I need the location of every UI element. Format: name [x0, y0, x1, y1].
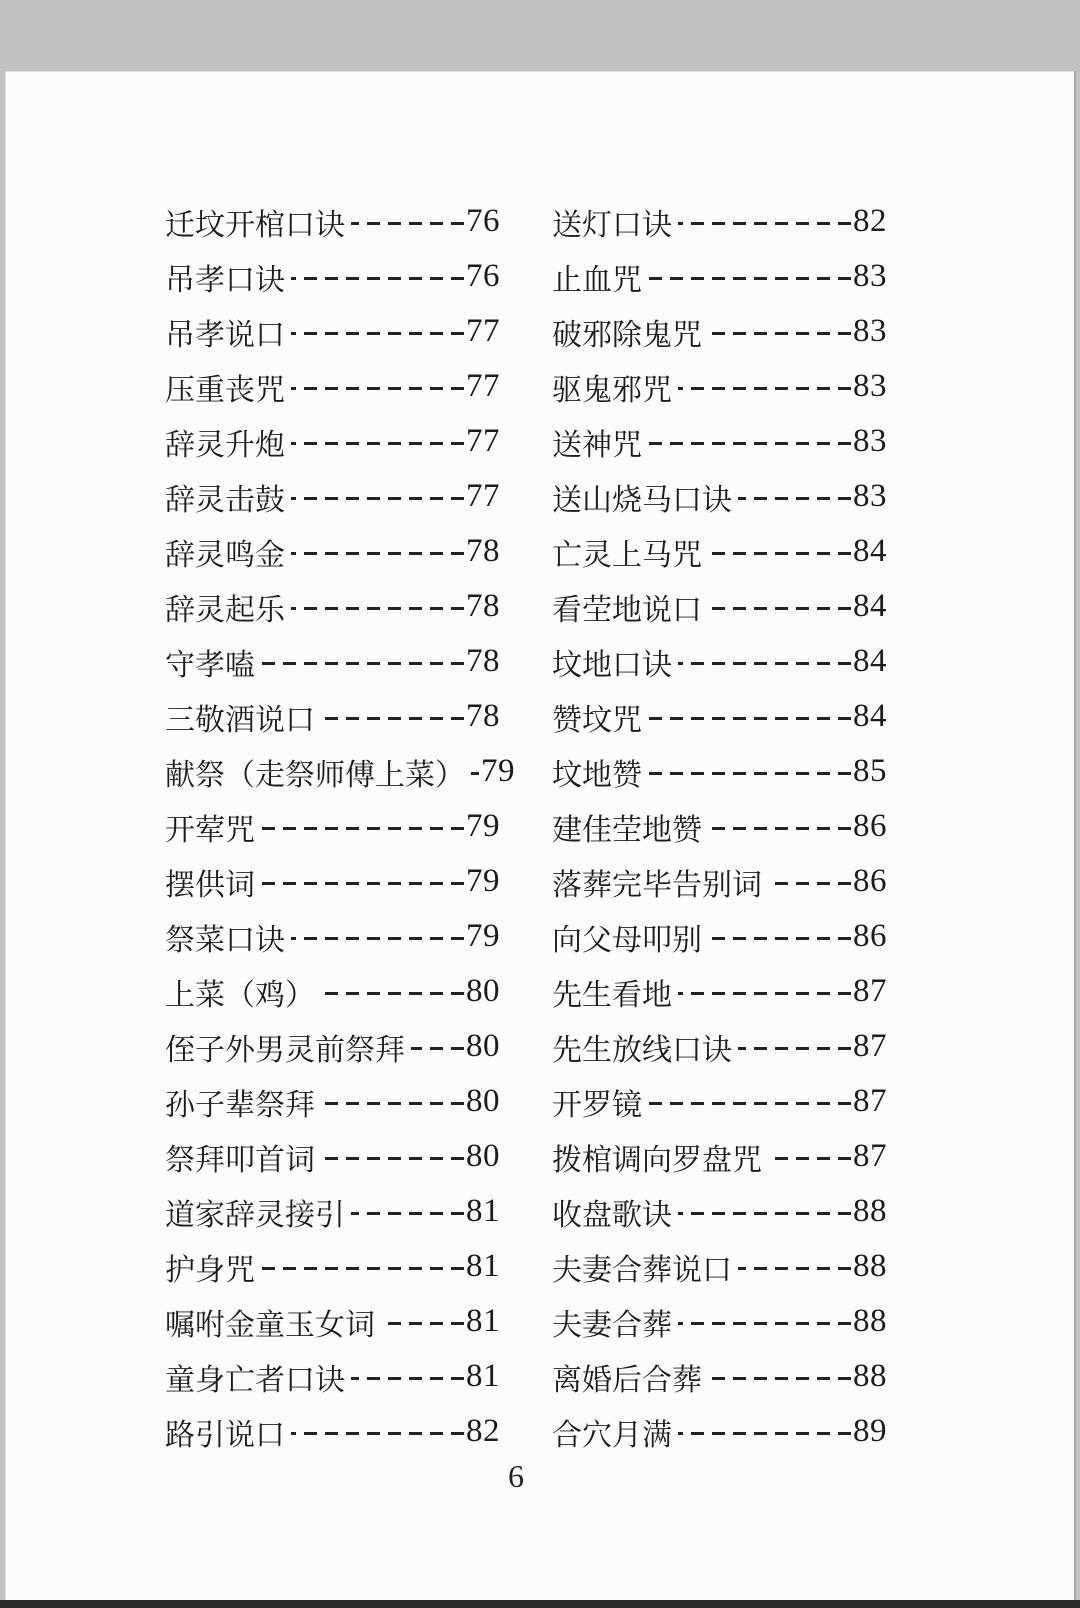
toc-entry-page: 84 — [853, 533, 887, 570]
toc-entry-title: 祭菜口诀 — [165, 915, 285, 959]
dash-leader — [768, 1157, 851, 1160]
toc-entry: 夫妻合葬88 — [552, 1294, 887, 1349]
toc-entry-page: 79 — [466, 863, 500, 900]
toc-entry: 上菜（鸡）80 — [165, 964, 500, 1019]
toc-entry-title: 坟地口诀 — [552, 640, 672, 684]
toc-entry-page: 80 — [466, 973, 500, 1010]
toc-entry-page: 76 — [466, 203, 500, 240]
dash-leader — [291, 552, 464, 555]
toc-entry: 先生放线口诀87 — [552, 1019, 887, 1074]
toc-entry: 孙子辈祭拜80 — [165, 1074, 500, 1129]
scanner-background: 迁坟开棺口诀76吊孝口诀76吊孝说口77压重丧咒77辞灵升炮77辞灵击鼓77辞灵… — [0, 0, 1080, 1608]
dash-leader — [411, 1047, 464, 1050]
dash-leader — [738, 497, 851, 500]
toc-entry-page: 81 — [466, 1303, 500, 1340]
toc-entry-page: 83 — [853, 258, 887, 295]
toc-entry-title: 道家辞灵接引 — [165, 1190, 345, 1234]
scan-bottom-edge — [0, 1600, 1080, 1608]
dash-leader — [291, 497, 464, 500]
toc-entry-title: 孙子辈祭拜 — [165, 1080, 315, 1124]
toc-entry-page: 86 — [853, 863, 887, 900]
toc-entry-page: 88 — [853, 1303, 887, 1340]
toc-entry-title: 离婚后合葬 — [552, 1355, 702, 1399]
dash-leader — [261, 882, 464, 885]
toc-entry-page: 78 — [466, 643, 500, 680]
toc-entry: 驱鬼邪咒83 — [552, 359, 887, 414]
toc-entry: 送神咒83 — [552, 414, 887, 469]
dash-leader — [678, 387, 851, 390]
dash-leader — [678, 1322, 851, 1325]
toc-entry: 守孝嗑78 — [165, 634, 500, 689]
toc-entry-page: 84 — [853, 698, 887, 735]
toc-entry: 辞灵升炮77 — [165, 414, 500, 469]
dash-leader — [321, 1102, 464, 1105]
dash-leader — [351, 1377, 464, 1380]
dash-leader — [678, 1432, 851, 1435]
toc-entry-page: 76 — [466, 258, 500, 295]
toc-entry-page: 83 — [853, 423, 887, 460]
toc-entry: 吊孝口诀76 — [165, 249, 500, 304]
toc-entry: 合穴月满89 — [552, 1404, 887, 1459]
dash-leader — [291, 442, 464, 445]
toc-entry-title: 献祭（走祭师傅上菜） — [165, 750, 465, 794]
toc-entry-title: 摆供词 — [165, 860, 255, 904]
toc-entry-page: 78 — [466, 588, 500, 625]
dash-leader — [291, 937, 464, 940]
toc-entry-page: 78 — [466, 533, 500, 570]
toc-entry-title: 驱鬼邪咒 — [552, 365, 672, 409]
toc-entry: 拨棺调向罗盘咒87 — [552, 1129, 887, 1184]
toc-entry: 坟地口诀84 — [552, 634, 887, 689]
toc-entry-page: 82 — [466, 1413, 500, 1450]
toc-entry-title: 收盘歌诀 — [552, 1190, 672, 1234]
toc-entry-title: 送山烧马口诀 — [552, 475, 732, 519]
toc-entry: 离婚后合葬88 — [552, 1349, 887, 1404]
toc-entry-title: 送灯口诀 — [552, 200, 672, 244]
toc-entry-page: 83 — [853, 368, 887, 405]
toc-entry-title: 迁坟开棺口诀 — [165, 200, 345, 244]
dash-leader — [768, 882, 851, 885]
toc-entry: 夫妻合葬说口88 — [552, 1239, 887, 1294]
toc-entry-page: 80 — [466, 1028, 500, 1065]
toc-entry-title: 侄子外男灵前祭拜 — [165, 1025, 405, 1069]
toc-entry-page: 87 — [853, 973, 887, 1010]
toc-entry: 开罗镜87 — [552, 1074, 887, 1129]
toc-entry-title: 先生放线口诀 — [552, 1025, 732, 1069]
toc-entry: 嘱咐金童玉女词81 — [165, 1294, 500, 1349]
toc-entry-title: 三敬酒说口 — [165, 695, 315, 739]
toc-entry-title: 吊孝说口 — [165, 310, 285, 354]
toc-entry: 落葬完毕告别词86 — [552, 854, 887, 909]
toc-entry-page: 80 — [466, 1083, 500, 1120]
toc-entry: 祭菜口诀79 — [165, 909, 500, 964]
toc-entry-title: 童身亡者口诀 — [165, 1355, 345, 1399]
toc-entry-title: 上菜（鸡） — [165, 970, 315, 1014]
toc-entry: 献祭（走祭师傅上菜）79 — [165, 744, 500, 799]
toc-entry-title: 夫妻合葬 — [552, 1300, 672, 1344]
dash-leader — [708, 552, 851, 555]
dash-leader — [648, 772, 851, 775]
toc-entry-title: 落葬完毕告别词 — [552, 860, 762, 904]
toc-entry: 送山烧马口诀83 — [552, 469, 887, 524]
toc-entry: 止血咒83 — [552, 249, 887, 304]
toc-entry-title: 送神咒 — [552, 420, 642, 464]
toc-entry: 坟地赞85 — [552, 744, 887, 799]
toc-entry-page: 79 — [481, 753, 515, 790]
toc-entry: 收盘歌诀88 — [552, 1184, 887, 1239]
toc-entry-page: 84 — [853, 588, 887, 625]
toc-entry-page: 80 — [466, 1138, 500, 1175]
toc-entry-title: 守孝嗑 — [165, 640, 255, 684]
toc-entry-page: 79 — [466, 918, 500, 955]
toc-entry-page: 77 — [466, 478, 500, 515]
dash-leader — [261, 662, 464, 665]
toc-entry-title: 护身咒 — [165, 1245, 255, 1289]
book-page: 迁坟开棺口诀76吊孝口诀76吊孝说口77压重丧咒77辞灵升炮77辞灵击鼓77辞灵… — [5, 71, 1076, 1600]
dash-leader — [678, 1212, 851, 1215]
dash-leader — [351, 222, 464, 225]
toc-entry-page: 77 — [466, 313, 500, 350]
toc-entry-title: 拨棺调向罗盘咒 — [552, 1135, 762, 1179]
toc-entry-page: 77 — [466, 368, 500, 405]
toc-entry: 祭拜叩首词80 — [165, 1129, 500, 1184]
dash-leader — [648, 442, 851, 445]
dash-leader — [291, 332, 464, 335]
toc-entry-title: 建佳茔地赞 — [552, 805, 702, 849]
dash-leader — [321, 992, 464, 995]
toc-entry-page: 81 — [466, 1193, 500, 1230]
dash-leader — [708, 1377, 851, 1380]
toc-entry-title: 辞灵起乐 — [165, 585, 285, 629]
toc-entry: 向父母叩别86 — [552, 909, 887, 964]
toc-entry: 摆供词79 — [165, 854, 500, 909]
toc-entry-page: 88 — [853, 1193, 887, 1230]
dash-leader — [381, 1322, 464, 1325]
toc-entry: 赞坟咒84 — [552, 689, 887, 744]
toc-entry: 护身咒81 — [165, 1239, 500, 1294]
toc-entry: 建佳茔地赞86 — [552, 799, 887, 854]
toc-entry-title: 路引说口 — [165, 1410, 285, 1454]
toc-entry: 道家辞灵接引81 — [165, 1184, 500, 1239]
dash-leader — [738, 1267, 851, 1270]
toc-entry-title: 夫妻合葬说口 — [552, 1245, 732, 1289]
dash-leader — [648, 717, 851, 720]
dash-leader — [648, 277, 851, 280]
toc-entry-title: 破邪除鬼咒 — [552, 310, 702, 354]
toc-entry: 童身亡者口诀81 — [165, 1349, 500, 1404]
toc-entry-title: 亡灵上马咒 — [552, 530, 702, 574]
toc-entry: 辞灵击鼓77 — [165, 469, 500, 524]
toc-entry: 压重丧咒77 — [165, 359, 500, 414]
page-number: 6 — [508, 1458, 524, 1495]
toc-entry-page: 83 — [853, 313, 887, 350]
toc-entry: 开荤咒79 — [165, 799, 500, 854]
toc-entry: 送灯口诀82 — [552, 194, 887, 249]
toc-entry-page: 77 — [466, 423, 500, 460]
toc-entry-page: 81 — [466, 1358, 500, 1395]
toc-entry-page: 87 — [853, 1083, 887, 1120]
toc-entry: 三敬酒说口78 — [165, 689, 500, 744]
toc-entry-page: 87 — [853, 1138, 887, 1175]
toc-entry-title: 先生看地 — [552, 970, 672, 1014]
dash-leader — [291, 277, 464, 280]
dash-leader — [708, 937, 851, 940]
toc-entry-title: 嘱咐金童玉女词 — [165, 1300, 375, 1344]
toc-column-left: 迁坟开棺口诀76吊孝口诀76吊孝说口77压重丧咒77辞灵升炮77辞灵击鼓77辞灵… — [165, 194, 500, 1459]
toc-entry-page: 88 — [853, 1358, 887, 1395]
dash-leader — [321, 717, 464, 720]
toc-entry-title: 止血咒 — [552, 255, 642, 299]
toc-entry-page: 84 — [853, 643, 887, 680]
toc-entry-page: 81 — [466, 1248, 500, 1285]
dash-leader — [648, 1102, 851, 1105]
toc-entry-title: 吊孝口诀 — [165, 255, 285, 299]
dash-leader — [678, 662, 851, 665]
dash-leader — [321, 1157, 464, 1160]
toc-column-right: 送灯口诀82止血咒83破邪除鬼咒83驱鬼邪咒83送神咒83送山烧马口诀83亡灵上… — [552, 194, 887, 1459]
toc-entry-title: 辞灵击鼓 — [165, 475, 285, 519]
toc-entry-page: 88 — [853, 1248, 887, 1285]
toc-entry: 破邪除鬼咒83 — [552, 304, 887, 359]
dash-leader — [708, 607, 851, 610]
dash-leader — [708, 827, 851, 830]
toc-entry: 迁坟开棺口诀76 — [165, 194, 500, 249]
dash-leader — [261, 827, 464, 830]
toc-entry-title: 辞灵鸣金 — [165, 530, 285, 574]
toc-entry-page: 85 — [853, 753, 887, 790]
toc-entry-title: 祭拜叩首词 — [165, 1135, 315, 1179]
dash-leader — [708, 332, 851, 335]
dash-leader — [678, 222, 851, 225]
dash-leader — [471, 772, 479, 775]
dash-leader — [291, 387, 464, 390]
toc-entry-title: 压重丧咒 — [165, 365, 285, 409]
dash-leader — [291, 1432, 464, 1435]
toc-entry: 侄子外男灵前祭拜80 — [165, 1019, 500, 1074]
toc-entry-title: 赞坟咒 — [552, 695, 642, 739]
toc-entry: 吊孝说口77 — [165, 304, 500, 359]
dash-leader — [738, 1047, 851, 1050]
toc-entry-title: 辞灵升炮 — [165, 420, 285, 464]
toc-entry: 路引说口82 — [165, 1404, 500, 1459]
toc-entry: 辞灵起乐78 — [165, 579, 500, 634]
toc-entry-title: 坟地赞 — [552, 750, 642, 794]
toc-entry-page: 86 — [853, 918, 887, 955]
toc-entry: 先生看地87 — [552, 964, 887, 1019]
toc-entry: 辞灵鸣金78 — [165, 524, 500, 579]
toc-entry-page: 83 — [853, 478, 887, 515]
toc-entry-title: 开罗镜 — [552, 1080, 642, 1124]
toc-entry-title: 看茔地说口 — [552, 585, 702, 629]
dash-leader — [291, 607, 464, 610]
toc-entry-page: 78 — [466, 698, 500, 735]
toc-entry-page: 87 — [853, 1028, 887, 1065]
toc-entry-page: 89 — [853, 1413, 887, 1450]
toc-entry-page: 79 — [466, 808, 500, 845]
toc-entry-page: 82 — [853, 203, 887, 240]
dash-leader — [261, 1267, 464, 1270]
dash-leader — [678, 992, 851, 995]
toc-entry-page: 86 — [853, 808, 887, 845]
toc-entry: 看茔地说口84 — [552, 579, 887, 634]
toc-entry: 亡灵上马咒84 — [552, 524, 887, 579]
toc-entry-title: 向父母叩别 — [552, 915, 702, 959]
toc-entry-title: 开荤咒 — [165, 805, 255, 849]
dash-leader — [351, 1212, 464, 1215]
toc-entry-title: 合穴月满 — [552, 1410, 672, 1454]
